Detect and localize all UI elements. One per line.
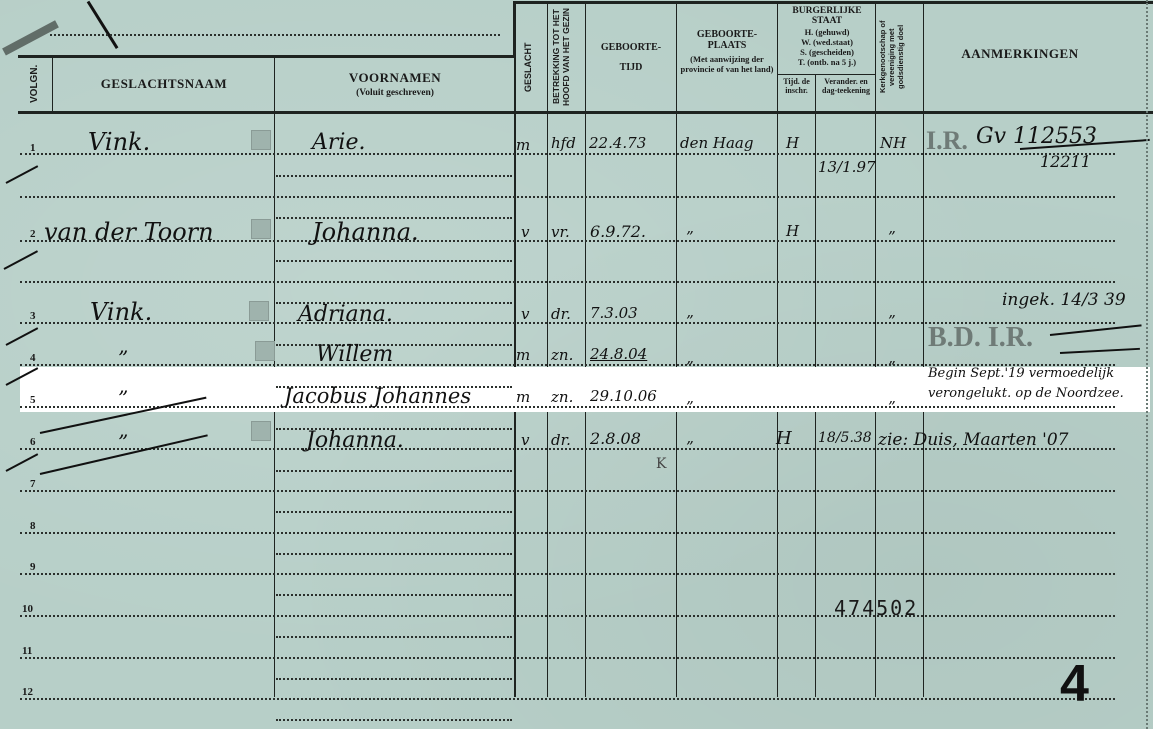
entry-6-relation: dr. [551, 431, 571, 449]
header-burgerlijke-staat: BURGERLIJKE STAAT [779, 6, 875, 26]
entry-6-remark: zie: Duis, Maarten '07 [878, 430, 1069, 450]
entry-4-birthplace: ” [686, 358, 694, 376]
entry-6-birthplace: ” [686, 438, 694, 456]
entry-1-birthdate: 22.4.73 [589, 134, 646, 152]
entry-6-sex: v [521, 431, 529, 449]
header-bs-h: H. (gehuwd) [779, 28, 875, 37]
margin-slash [6, 327, 39, 346]
row-number: 12 [22, 686, 33, 698]
header-bs-t: T. (ontb. na 5 j.) [779, 58, 875, 67]
row-number: 1 [30, 142, 36, 154]
entry-1-remark-2: 12211 [1040, 152, 1091, 171]
voornamen-subline [276, 260, 512, 262]
entry-6-birthdate-mark: K [656, 456, 666, 472]
entry-1-church: NH [880, 134, 906, 152]
entry-2-sex: v [521, 223, 529, 241]
row-line-10 [20, 615, 1115, 617]
entry-1-relation: hfd [551, 134, 576, 152]
voornamen-subline [276, 594, 512, 596]
card-edge [1146, 0, 1148, 729]
col-line-burgerlijke-staat [875, 4, 876, 697]
stamp-box [251, 421, 271, 441]
page-mark: 4 [1060, 658, 1089, 710]
top-dotted-line [50, 34, 500, 36]
entry-4-remark: Begin Sept.'19 vermoedelijk [928, 366, 1114, 381]
col-line-betrekking [585, 4, 586, 697]
row-number: 5 [30, 394, 36, 406]
entry-3-birthdate: 7.3.03 [590, 304, 638, 322]
entry-4-sex: m [516, 346, 530, 364]
stamp-box [251, 130, 271, 150]
col-line-geboortetijd [676, 4, 677, 697]
ink-stroke [87, 1, 119, 49]
row-number: 2 [30, 228, 36, 240]
entry-3-surname: Vink. [90, 298, 152, 326]
header-top-border-right [513, 1, 1153, 4]
entry-3-birthplace: ” [686, 312, 694, 330]
entry-4-surname: ” [118, 346, 128, 370]
stamp-box [249, 301, 269, 321]
header-bs-s: S. (gescheiden) [779, 48, 875, 57]
voornamen-subline [276, 175, 512, 177]
entry-2-birthplace: ” [686, 228, 694, 246]
voornamen-subline [276, 511, 512, 513]
entry-1-ir-stamp: I.R. [926, 126, 968, 156]
header-aanmerkingen: AANMERKINGEN [925, 46, 1115, 62]
header-step-border [513, 2, 516, 57]
entry-3-firstnames: Adriana. [298, 302, 393, 327]
header-geboortetijd-1: GEBOORTE- [587, 42, 675, 53]
entry-6-civil-status: H [776, 428, 792, 449]
entry-6-birthdate: 2.8.08 [590, 429, 641, 448]
entry-3-relation: dr. [551, 305, 571, 323]
header-top-border-left [18, 55, 515, 58]
entry-5-surname: ” [118, 386, 128, 410]
entry-5-remark: verongelukt. op de Noordzee. [928, 386, 1124, 401]
entry-6-registration-date: 18/5.38 [818, 430, 872, 446]
entry-5-firstnames: Jacobus Johannes [284, 384, 471, 408]
row-line-12 [20, 698, 1115, 700]
header-verander: Verander. en dag-teekening [817, 77, 875, 95]
row-number: 8 [30, 520, 36, 532]
header-kerkgenootschap: Kerkgenootschap of vereeniging met godsd… [878, 6, 920, 108]
entry-6-firstnames: Johanna. [306, 428, 404, 453]
entry-1-civil-status: H [786, 134, 799, 152]
header-volgnr: VOLGN. [30, 60, 40, 108]
row-number: 9 [30, 561, 36, 573]
entry-4-birthdate: 24.8.04 [590, 345, 647, 363]
entry-2-surname: van der Toorn [44, 218, 214, 246]
entry-1-birthplace: den Haag [680, 134, 753, 152]
stamp-box [251, 219, 271, 239]
entry-3-church: ” [888, 312, 896, 330]
header-geboortetijd-2: TIJD [587, 62, 675, 73]
header-geboorteplaats-sub: (Met aanwijzing der provincie of van het… [680, 54, 774, 74]
row-number: 6 [30, 436, 36, 448]
row-line-5 [20, 406, 1115, 408]
voornamen-subline [276, 636, 512, 638]
row-number: 4 [30, 352, 36, 364]
entry-4-firstnames: Willem [316, 342, 393, 367]
stamped-registration-number: 474502 [834, 596, 918, 620]
entry-4-relation: zn. [551, 346, 573, 364]
entry-3-bd-ir-stamp: B.D. I.R. [928, 322, 1033, 354]
row-line-7 [20, 490, 1115, 492]
row-number: 10 [22, 603, 33, 615]
entry-4-church: ” [888, 358, 896, 376]
entry-5-church: ” [888, 398, 896, 416]
entry-1-surname: Vink. [88, 128, 150, 156]
row-line-2b [20, 281, 1115, 283]
entry-5-relation: zn. [551, 388, 573, 406]
voornamen-subline [276, 719, 512, 721]
entry-2-civil-status: H [786, 222, 799, 240]
voornamen-subline [276, 344, 512, 346]
col-line-volgnr [52, 57, 53, 111]
row-number: 11 [22, 645, 32, 657]
header-voornamen: VOORNAMEN [276, 70, 514, 86]
entry-5-birthdate: 29.10.06 [590, 387, 657, 405]
margin-slash [4, 250, 38, 270]
stamp-box [255, 341, 275, 361]
strike-line [1050, 324, 1142, 336]
margin-slash [6, 453, 39, 472]
voornamen-subline [276, 470, 512, 472]
row-line-1b [20, 196, 1115, 198]
header-tijd-inschr: Tijd. de inschr. [778, 77, 815, 95]
strike-line [1060, 348, 1140, 354]
voornamen-subline [276, 678, 512, 680]
entry-5-sex: m [516, 388, 530, 406]
header-geslachtsnaam: GESLACHTSNAAM [55, 76, 273, 92]
header-geslacht: GESLACHT [523, 26, 533, 108]
header-betrekking: BETREKKING TOT HET HOOFD VAN HET GEZIN [551, 6, 583, 108]
voornamen-subline [276, 553, 512, 555]
margin-slash [6, 165, 39, 184]
entry-1-change-date: 13/1.97 [818, 158, 876, 176]
registration-card: VOLGN. GESLACHTSNAAM VOORNAMEN (Voluit g… [0, 0, 1153, 729]
entry-5-birthplace: ” [686, 398, 694, 416]
bs-subdivider [777, 74, 875, 75]
entry-2-birthdate: 6.9.72. [590, 222, 646, 241]
row-line-8 [20, 532, 1115, 534]
entry-3-sex: v [521, 305, 529, 323]
entry-2-firstnames: Johanna. [312, 218, 419, 246]
row-number: 7 [30, 478, 36, 490]
col-line-geboorteplaats [777, 4, 778, 697]
entry-2-relation: vr. [551, 223, 570, 241]
row-number: 3 [30, 310, 36, 322]
row-line-9 [20, 573, 1115, 575]
entry-3-remark: ingek. 14/3 39 [1002, 290, 1126, 310]
entry-2-church: ” [888, 228, 896, 246]
col-line-kerkgenootschap [923, 4, 924, 697]
header-geboorteplaats-2: PLAATS [678, 40, 776, 51]
header-voornamen-sub: (Voluit geschreven) [276, 88, 514, 99]
ink-smudge [2, 20, 59, 55]
entry-1-sex: m [516, 136, 530, 154]
col-line-geslacht [547, 4, 548, 697]
row-line-11 [20, 657, 1115, 659]
entry-6-surname: ” [118, 430, 128, 454]
header-bs-w: W. (wed.staat) [779, 38, 875, 47]
header-geboorteplaats-1: GEBOORTE- [678, 29, 776, 40]
entry-1-firstnames: Arie. [312, 130, 365, 155]
